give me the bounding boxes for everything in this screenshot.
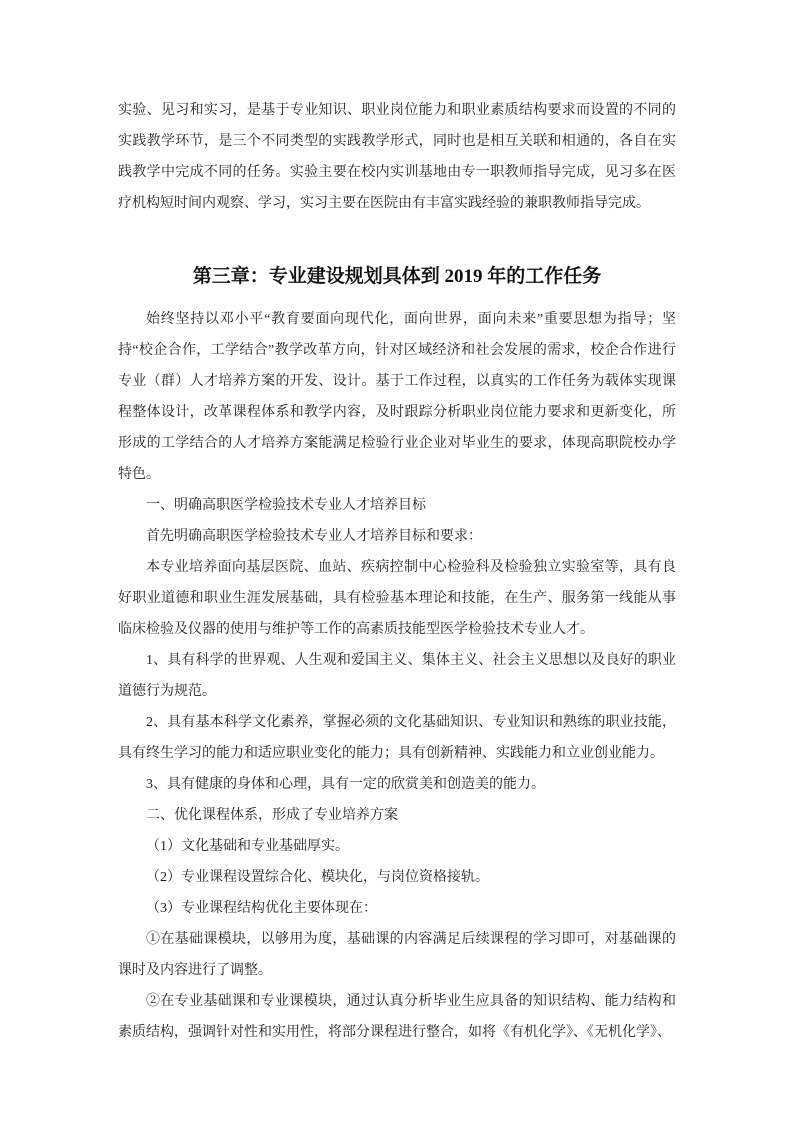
- chapter-heading: 第三章：专业建设规划具体到 2019 年的工作任务: [118, 261, 676, 292]
- paragraph-practice-teaching-continuation: 实验、见习和实习，是基于专业知识、职业岗位能力和职业素质结构要求而设置的不同的实…: [118, 95, 676, 219]
- document-page: 实验、见习和实习，是基于专业知识、职业岗位能力和职业素质结构要求而设置的不同的实…: [0, 0, 793, 1122]
- paragraph-guiding-principles: 始终坚持以邓小平“教育要面向现代化，面向世界，面向未来”重要思想为指导；坚持“校…: [118, 304, 676, 490]
- list-item-curriculum-2: （2）专业课程设置综合化、模块化，与岗位资格接轨。: [118, 862, 676, 893]
- list-item-curriculum-1: （1）文化基础和专业基础厚实。: [118, 831, 676, 862]
- list-item-requirement-3: 3、具有健康的身体和心理，具有一定的欣赏美和创造美的能力。: [118, 769, 676, 800]
- document-content: 实验、见习和实习，是基于专业知识、职业岗位能力和职业素质结构要求而设置的不同的实…: [118, 95, 676, 1048]
- section-title-curriculum-system: 二、优化课程体系，形成了专业培养方案: [118, 800, 676, 831]
- list-item-basic-course-module: ①在基础课模块，以够用为度，基础课的内容满足后续课程的学习即可，对基础课的课时及…: [118, 924, 676, 986]
- list-item-professional-course-module: ②在专业基础课和专业课模块，通过认真分析毕业生应具备的知识结构、能力结构和素质结…: [118, 986, 676, 1048]
- list-item-curriculum-3: （3）专业课程结构优化主要体现在：: [118, 893, 676, 924]
- paragraph-training-orientation: 本专业培养面向基层医院、血站、疾病控制中心检验科及检验独立实验室等，具有良好职业…: [118, 552, 676, 645]
- section-title-talent-training-goal: 一、明确高职医学检验技术专业人才培养目标: [118, 490, 676, 521]
- list-item-requirement-1: 1、具有科学的世界观、人生观和爱国主义、集体主义、社会主义思想以及良好的职业道德…: [118, 645, 676, 707]
- list-item-requirement-2: 2、具有基本科学文化素养，掌握必须的文化基础知识、专业知识和熟练的职业技能，具有…: [118, 707, 676, 769]
- paragraph-goal-intro: 首先明确高职医学检验技术专业人才培养目标和要求：: [118, 521, 676, 552]
